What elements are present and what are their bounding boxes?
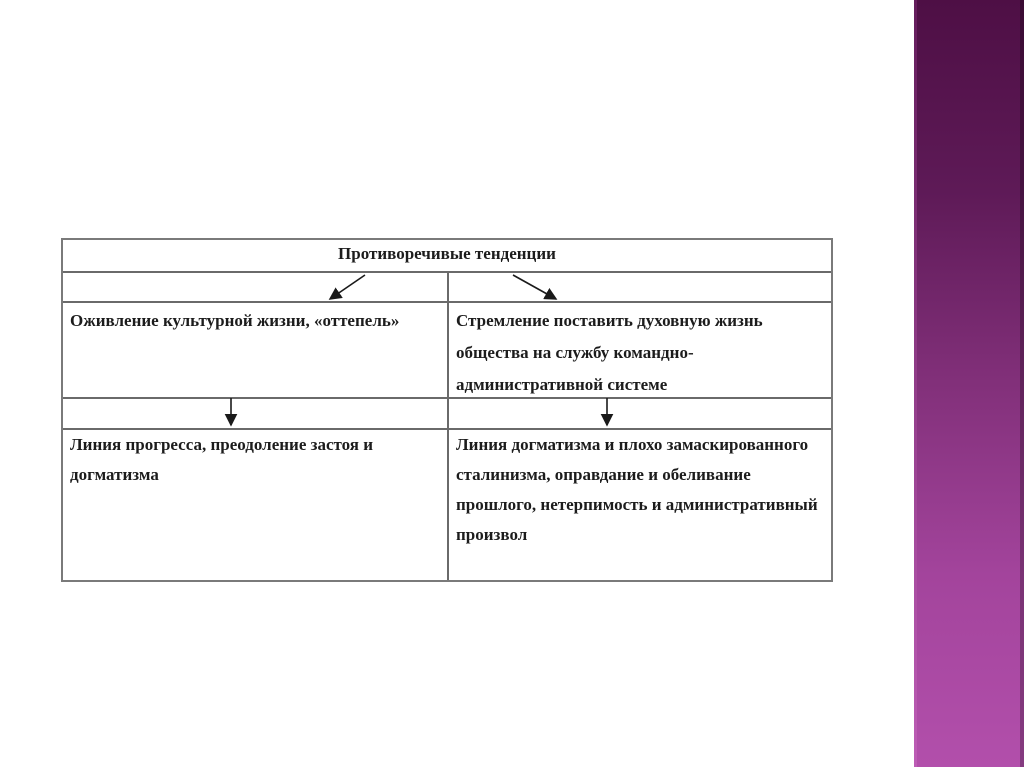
- table-header-row: Противоречивые тенденции: [63, 240, 831, 273]
- table-header: Противоречивые тенденции: [63, 244, 831, 264]
- decorative-side-panel: [914, 0, 1024, 767]
- tendency-left: Оживление культурной жизни, «оттепель»: [70, 305, 440, 337]
- result-right: Линия догматизма и плохо замаскированног…: [456, 430, 826, 550]
- tendencies-table: Противоречивые тенденции Оживление культ…: [61, 238, 833, 582]
- slide: Противоречивые тенденции Оживление культ…: [0, 0, 914, 767]
- result-left: Линия прогресса, преодоление застоя и до…: [70, 430, 440, 490]
- tendency-right: Стремление поставить духовную жизнь обще…: [456, 305, 826, 401]
- column-divider: [447, 273, 449, 580]
